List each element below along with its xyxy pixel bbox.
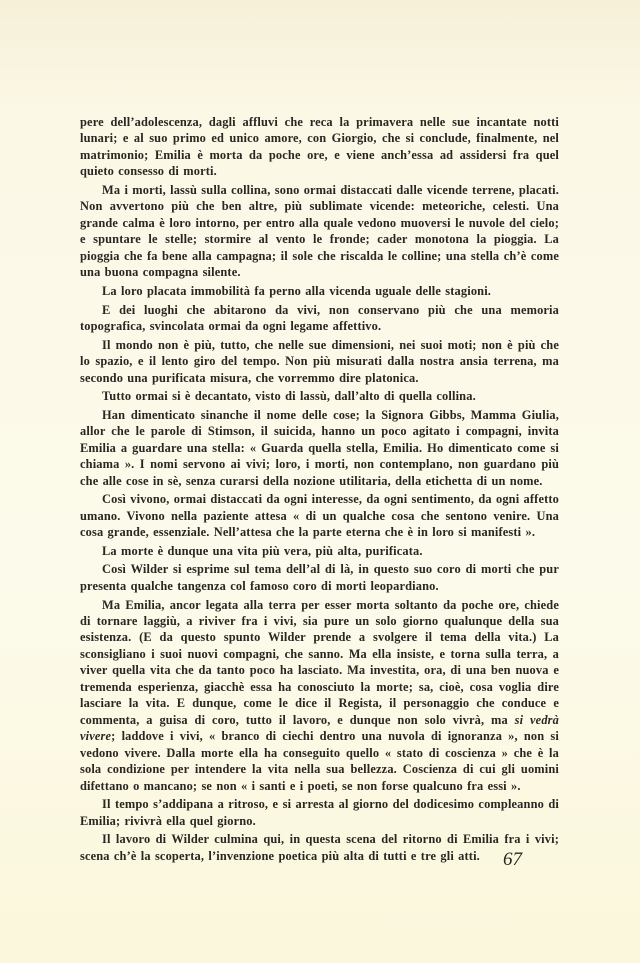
- paragraph: Così Wilder si esprime sul tema dell’al …: [80, 561, 559, 594]
- paragraph-text: Ma Emilia, ancor legata alla terra per e…: [80, 598, 559, 727]
- paragraph: La loro placata immobilità fa perno alla…: [80, 283, 559, 299]
- paragraph: Il tempo s’addipana a ritroso, e si arre…: [80, 796, 559, 829]
- paragraph: Tutto ormai si è decantato, visto di las…: [80, 388, 559, 404]
- paragraph: Ma Emilia, ancor legata alla terra per e…: [80, 597, 559, 794]
- page-body: pere dell’adolescenza, dagli affluvi che…: [80, 114, 559, 866]
- paragraph: Così vivono, ormai distaccati da ogni in…: [80, 491, 559, 540]
- paragraph: Han dimenticato sinanche il nome delle c…: [80, 407, 559, 489]
- paragraph: Il lavoro di Wilder culmina qui, in ques…: [80, 831, 559, 864]
- paragraph: pere dell’adolescenza, dagli affluvi che…: [80, 114, 559, 180]
- paragraph: E dei luoghi che abitarono da vivi, non …: [80, 302, 559, 335]
- paragraph: Ma i morti, lassù sulla collina, sono or…: [80, 182, 559, 281]
- page-number: 67: [503, 849, 522, 871]
- paragraph: Il mondo non è più, tutto, che nelle sue…: [80, 337, 559, 386]
- paragraph-text: ; laddove i vivi, « branco di ciechi den…: [80, 729, 559, 792]
- paragraph: La morte è dunque una vita più vera, più…: [80, 543, 559, 559]
